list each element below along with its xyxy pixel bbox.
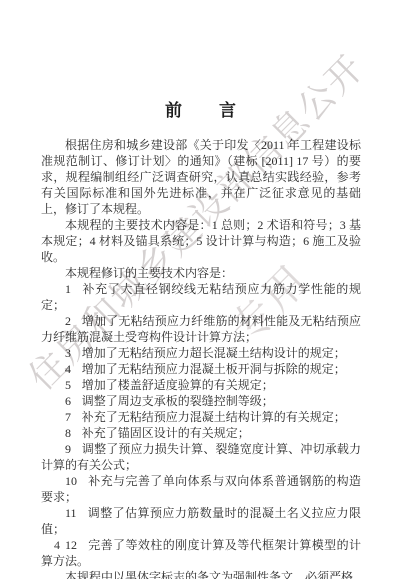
revision-item: 4增加了无粘结预应力混凝土板开洞与拆除的规定； (41, 361, 361, 377)
revision-item: 6调整了周边支承板的裂缝控制等级； (41, 393, 361, 409)
item-number: 10 (65, 474, 77, 488)
item-text: 补充了大直径钢绞线无粘结预应力筋力学性能的规定； (41, 282, 361, 312)
revision-item: 8补充了锚固区设计的有关规定； (41, 425, 361, 441)
item-number: 11 (65, 506, 77, 520)
item-text: 补充了锚固区设计的有关规定； (82, 426, 250, 440)
item-text: 完善了等效柱的刚度计算及等代框架计算模型的计算方法。 (41, 538, 361, 568)
item-text: 调整了估算预应力筋数量时的混凝土名义拉应力限值； (41, 506, 361, 536)
paragraph-closing: 本规程中以黑体字标志的条文为强制性条文，必须严格 (41, 569, 361, 579)
item-text: 调整了预应力损失计算、裂缝宽度计算、冲切承载力计算的有关公式； (41, 442, 361, 472)
paragraph-basis: 根据住房和城乡建设部《关于印发〈2011 年工程建设标准规范制订、修订计划〉的通… (41, 137, 361, 217)
scanned-document-page: 住房和城乡建设部信息公开 专用 前 言 根据住房和城乡建设部《关于印发〈2011… (0, 0, 400, 579)
revision-item: 1补充了大直径钢绞线无粘结预应力筋力学性能的规定； (41, 281, 361, 313)
item-text: 补充与完善了单向体系与双向体系普通钢筋的构造要求； (41, 474, 361, 504)
item-number: 2 (65, 314, 71, 328)
item-number: 1 (65, 282, 71, 296)
paragraph-main-contents: 本规程的主要技术内容是：1 总则；2 术语和符号；3 基本规定；4 材料及锚具系… (41, 217, 361, 265)
item-number: 4 (65, 362, 71, 376)
revision-item: 7补充了无粘结预应力混凝土结构计算的有关规定； (41, 409, 361, 425)
page-title: 前 言 (41, 96, 361, 121)
item-number: 9 (65, 442, 71, 456)
item-number: 8 (65, 426, 71, 440)
item-text: 增加了楼盖舒适度验算的有关规定； (82, 378, 274, 392)
item-number: 5 (65, 378, 71, 392)
document-body: 前 言 根据住房和城乡建设部《关于印发〈2011 年工程建设标准规范制订、修订计… (41, 96, 361, 579)
item-text: 增加了无粘结预应力超长混凝土结构设计的规定； (82, 346, 346, 360)
item-text: 增加了无粘结预应力混凝土板开洞与拆除的规定； (82, 362, 346, 376)
item-text: 增加了无粘结预应力纤维筋的材料性能及无粘结预应力纤维筋混凝土受弯构件设计计算方法… (41, 314, 361, 344)
item-number: 12 (65, 538, 77, 552)
page-number: 4 (54, 538, 60, 553)
paragraph-revision-intro: 本规程修订的主要技术内容是： (41, 265, 361, 281)
item-number: 3 (65, 346, 71, 360)
revision-item: 3增加了无粘结预应力超长混凝土结构设计的规定； (41, 345, 361, 361)
item-text: 调整了周边支承板的裂缝控制等级； (82, 394, 274, 408)
item-text: 补充了无粘结预应力混凝土结构计算的有关规定； (82, 410, 346, 424)
item-number: 6 (65, 394, 71, 408)
revision-item: 2增加了无粘结预应力纤维筋的材料性能及无粘结预应力纤维筋混凝土受弯构件设计计算方… (41, 313, 361, 345)
revision-item: 10补充与完善了单向体系与双向体系普通钢筋的构造要求； (41, 473, 361, 505)
revision-item: 5增加了楼盖舒适度验算的有关规定； (41, 377, 361, 393)
revision-item: 9调整了预应力损失计算、裂缝宽度计算、冲切承载力计算的有关公式； (41, 441, 361, 473)
item-number: 7 (65, 410, 71, 424)
revision-item: 11调整了估算预应力筋数量时的混凝土名义拉应力限值； (41, 505, 361, 537)
revision-item: 12完善了等效柱的刚度计算及等代框架计算模型的计算方法。 (41, 537, 361, 569)
